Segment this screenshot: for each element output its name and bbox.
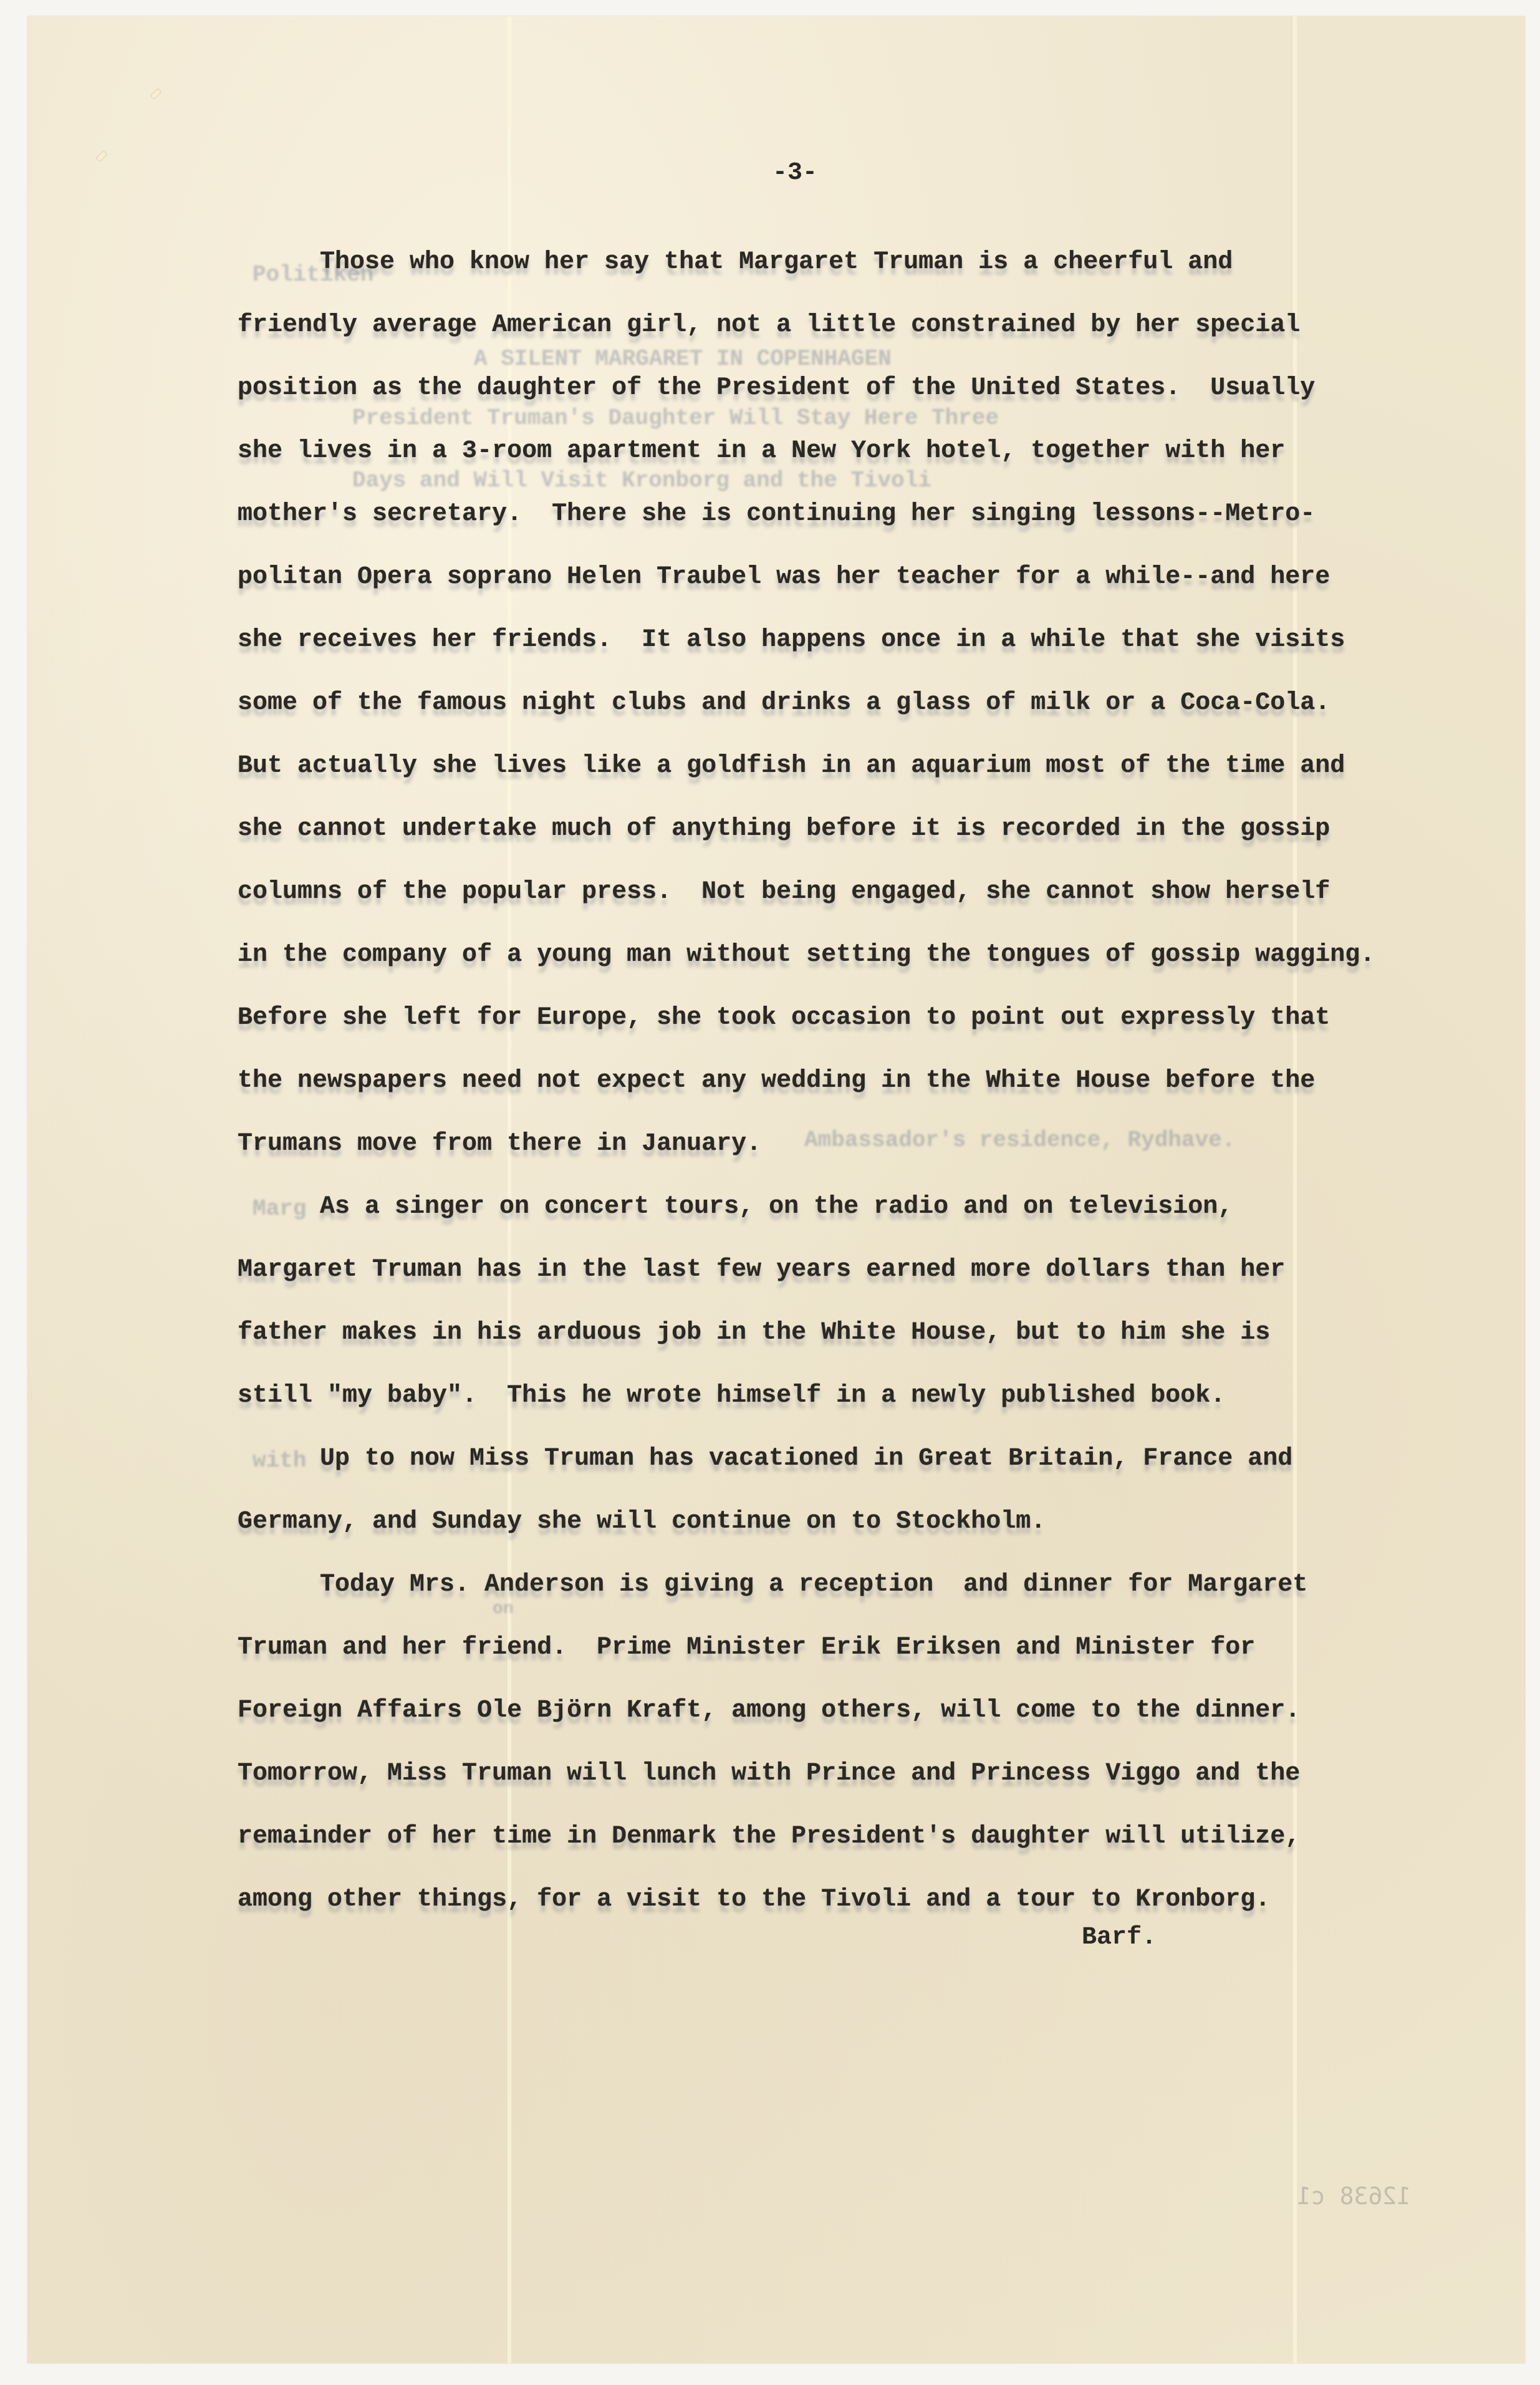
- text-line: Those who know her say that Margaret Tru…: [238, 231, 1453, 294]
- text-line: Before she left for Europe, she took occ…: [238, 986, 1453, 1049]
- text-line: Truman and her friend. Prime Minister Er…: [238, 1616, 1453, 1679]
- text-line: she lives in a 3-room apartment in a New…: [238, 420, 1453, 483]
- text-line: position as the daughter of the Presiden…: [238, 357, 1453, 420]
- staple-hole-icon: [150, 88, 161, 100]
- text-line: As a singer on concert tours, on the rad…: [238, 1175, 1453, 1238]
- text-line: Trumans move from there in January.: [238, 1112, 1453, 1175]
- text-line: among other things, for a visit to the T…: [238, 1868, 1453, 1931]
- archive-number: 12638 c1: [1297, 2182, 1411, 2210]
- text-line: she receives her friends. It also happen…: [238, 609, 1453, 672]
- text-line: Germany, and Sunday she will continue on…: [238, 1490, 1453, 1553]
- text-line: some of the famous night clubs and drink…: [238, 672, 1453, 735]
- text-line: columns of the popular press. Not being …: [238, 860, 1453, 923]
- text-line: father makes in his arduous job in the W…: [238, 1301, 1453, 1364]
- text-line: Margaret Truman has in the last few year…: [238, 1238, 1453, 1301]
- page-number: -3-: [0, 159, 1540, 187]
- text-line: Up to now Miss Truman has vacationed in …: [238, 1427, 1453, 1490]
- text-line: she cannot undertake much of anything be…: [238, 797, 1453, 860]
- text-line: Foreign Affairs Ole Björn Kraft, among o…: [238, 1679, 1453, 1742]
- text-line: mother's secretary. There she is continu…: [238, 483, 1453, 546]
- text-line: still "my baby". This he wrote himself i…: [238, 1364, 1453, 1427]
- signature: Barf.: [1082, 1924, 1157, 1952]
- text-line: Tomorrow, Miss Truman will lunch with Pr…: [238, 1742, 1453, 1805]
- text-line: the newspapers need not expect any weddi…: [238, 1049, 1453, 1112]
- text-line: politan Opera soprano Helen Traubel was …: [238, 546, 1453, 609]
- text-line: But actually she lives like a goldfish i…: [238, 735, 1453, 797]
- text-line: in the company of a young man without se…: [238, 923, 1453, 986]
- document-body: Those who know her say that Margaret Tru…: [238, 231, 1453, 1931]
- text-line: friendly average American girl, not a li…: [238, 294, 1453, 357]
- text-line: remainder of her time in Denmark the Pre…: [238, 1805, 1453, 1868]
- text-line: Today Mrs. Anderson is giving a receptio…: [238, 1553, 1453, 1616]
